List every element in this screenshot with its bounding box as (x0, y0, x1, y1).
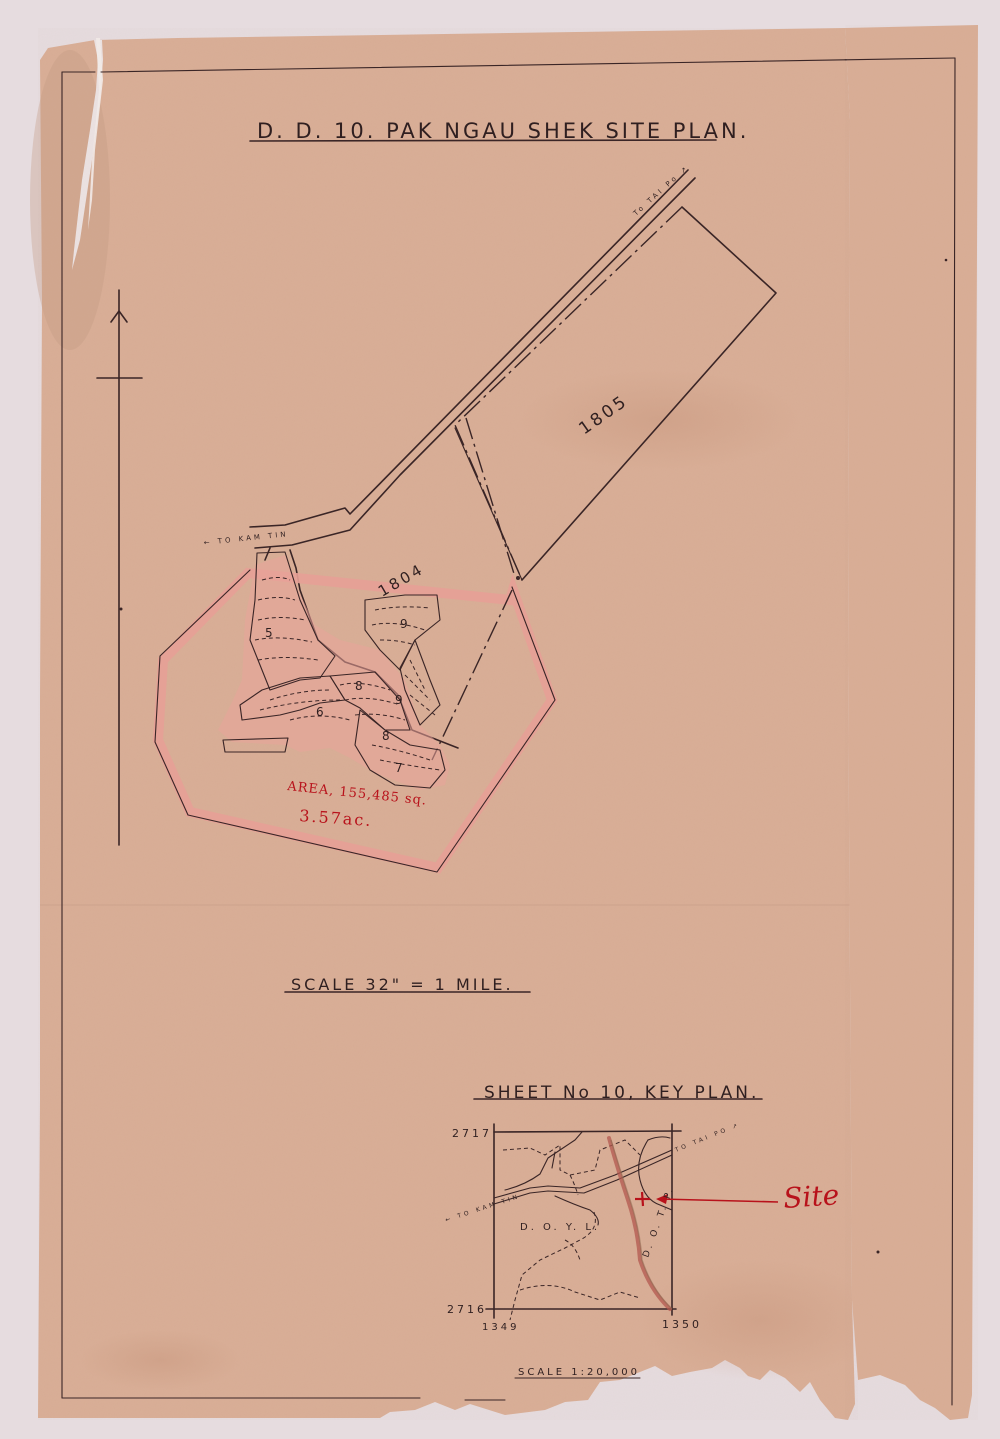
key-plan-title: SHEET No 10, KEY PLAN. (484, 1083, 759, 1103)
key-scale-label: SCALE 1:20,000 (518, 1367, 640, 1378)
lot-label-8b: 8 (382, 729, 393, 743)
document-scan: 5 6 8 9 9 8 7 1805 1804 To TAI Po ↗ ← TO… (0, 0, 1000, 1439)
main-scale-label: SCALE 32" = 1 MILE. (291, 975, 514, 994)
grid-label-1350: 1350 (662, 1318, 702, 1331)
grid-label-2717: 2717 (452, 1127, 492, 1140)
area-label-doyl: D. O. Y. L. (520, 1222, 600, 1233)
grid-label-2716: 2716 (447, 1303, 487, 1316)
lot-label-8a: 8 (355, 679, 366, 693)
site-annotation: Site (782, 1178, 840, 1215)
lot-label-9b: 9 (395, 693, 406, 707)
lot-label-9a: 9 (400, 617, 411, 631)
grid-label-1349: 1349 (482, 1322, 519, 1333)
lot-label-6: 6 (316, 705, 327, 719)
lot-label-5: 5 (265, 626, 276, 640)
lot-label-7: 7 (395, 761, 406, 775)
site-plan-drawing: 5 6 8 9 9 8 7 1805 1804 To TAI Po ↗ ← TO… (0, 0, 1000, 1439)
